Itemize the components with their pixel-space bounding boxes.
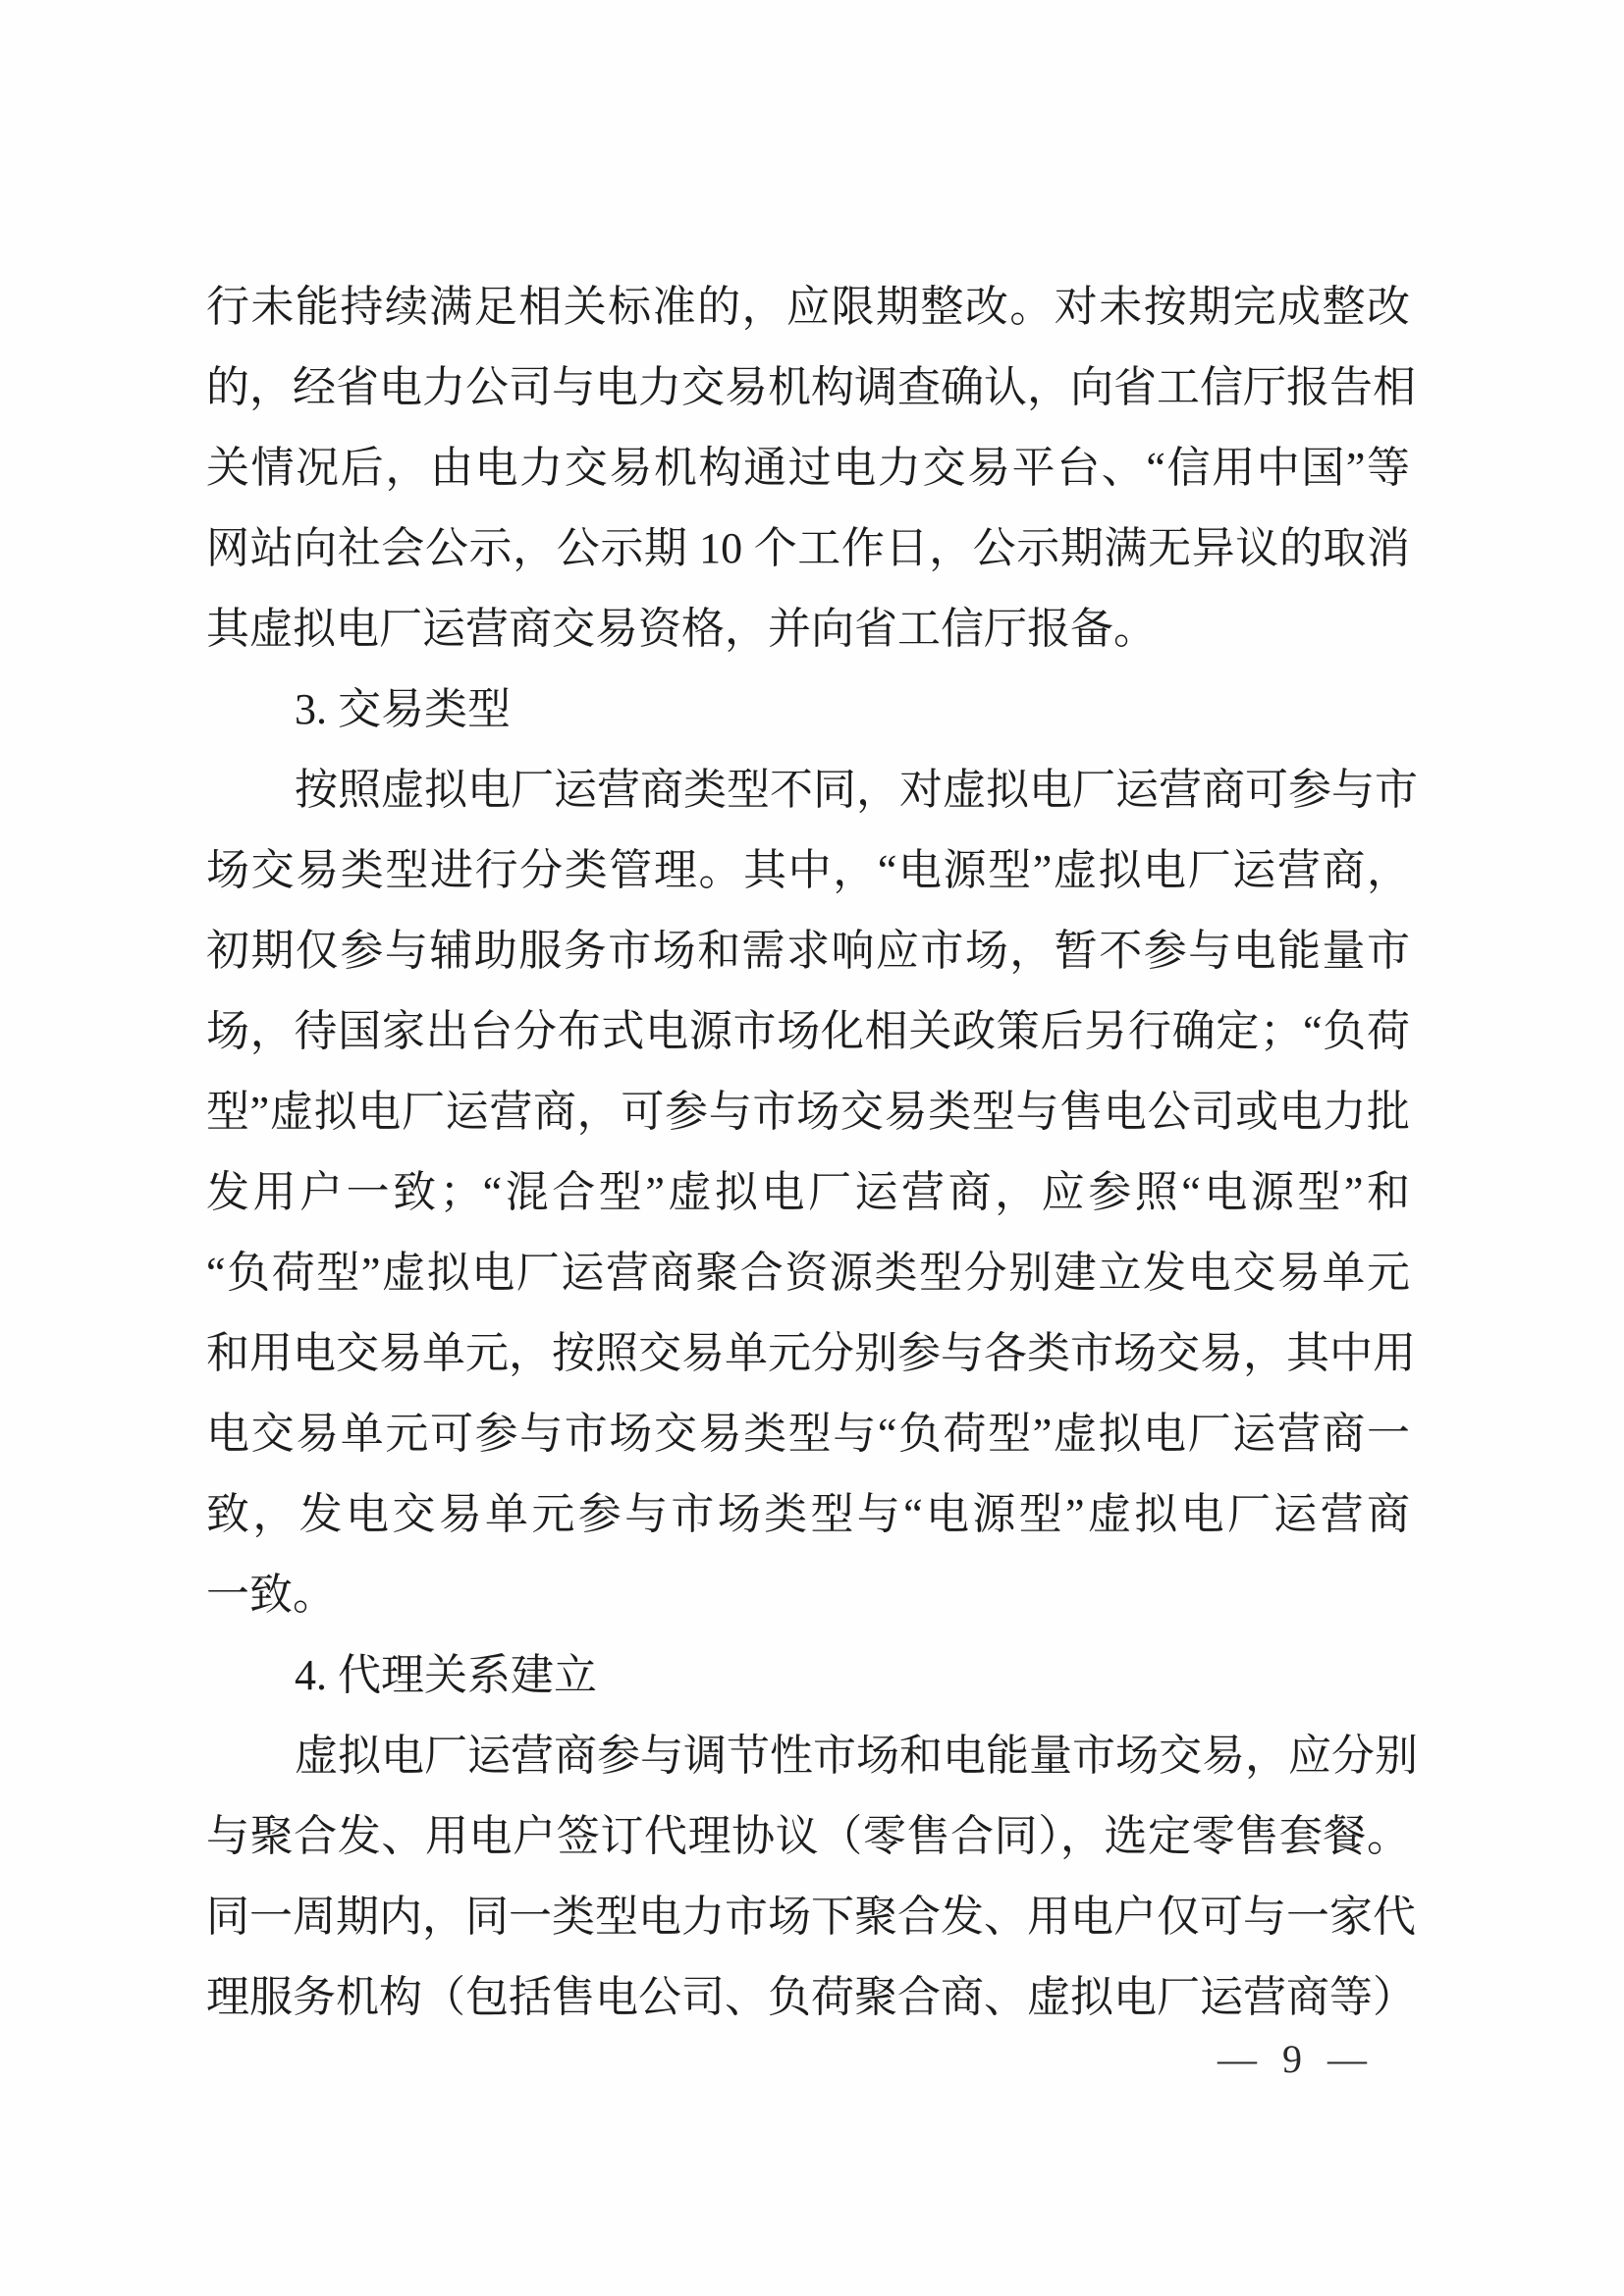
text-line: 的，经省电力公司与电力交易机构调查确认，向省工信厅报告相 [206, 347, 1410, 428]
document-page: 行未能持续满足相关标准的，应限期整改。对未按期完成整改 的，经省电力公司与电力交… [0, 0, 1624, 2296]
text-line: “负荷型”虚拟电厂运营商聚合资源类型分别建立发电交易单元 [206, 1233, 1410, 1313]
text-line: 型”虚拟电厂运营商，可参与市场交易类型与售电公司或电力批 [206, 1072, 1410, 1152]
text-line: 致，发电交易单元参与市场类型与“电源型”虚拟电厂运营商 [206, 1474, 1410, 1555]
text-line: 发用户一致；“混合型”虚拟电厂运营商，应参照“电源型”和 [206, 1152, 1410, 1233]
text-line: 和用电交易单元，按照交易单元分别参与各类市场交易，其中用 [206, 1313, 1410, 1394]
text-line: 行未能持续满足相关标准的，应限期整改。对未按期完成整改 [206, 267, 1410, 347]
text-line: 一致。 [206, 1555, 1410, 1635]
page-number-right-dash: — [1327, 2040, 1367, 2079]
text-line: 与聚合发、用电户签订代理协议（零售合同），选定零售套餐。 [206, 1796, 1410, 1877]
text-line: 虚拟电厂运营商参与调节性市场和电能量市场交易，应分别 [206, 1716, 1410, 1796]
section-heading: 4. 代理关系建立 [206, 1635, 1410, 1716]
text-line: 场，待国家出台分布式电源市场化相关政策后另行确定；“负荷 [206, 991, 1410, 1072]
text-line: 理服务机构（包括售电公司、负荷聚合商、虚拟电厂运营商等） [206, 1957, 1410, 2038]
document-body: 行未能持续满足相关标准的，应限期整改。对未按期完成整改 的，经省电力公司与电力交… [206, 267, 1410, 2038]
text-line: 网站向社会公示，公示期 10 个工作日，公示期满无异议的取消 [206, 508, 1410, 589]
text-line: 按照虚拟电厂运营商类型不同，对虚拟电厂运营商可参与市 [206, 750, 1410, 830]
text-line: 其虚拟电厂运营商交易资格，并向省工信厅报备。 [206, 589, 1410, 669]
text-line: 关情况后，由电力交易机构通过电力交易平台、“信用中国”等 [206, 428, 1410, 508]
text-line: 场交易类型进行分类管理。其中，“电源型”虚拟电厂运营商， [206, 830, 1410, 911]
page-number-left-dash: — [1218, 2040, 1257, 2079]
text-line: 同一周期内，同一类型电力市场下聚合发、用电户仅可与一家代 [206, 1877, 1410, 1957]
section-heading: 3. 交易类型 [206, 669, 1410, 750]
page-number: — 9 — [1218, 2040, 1367, 2079]
text-line: 电交易单元可参与市场交易类型与“负荷型”虚拟电厂运营商一 [206, 1394, 1410, 1474]
text-line: 初期仅参与辅助服务市场和需求响应市场，暂不参与电能量市 [206, 911, 1410, 991]
page-number-value: 9 [1282, 2040, 1302, 2079]
